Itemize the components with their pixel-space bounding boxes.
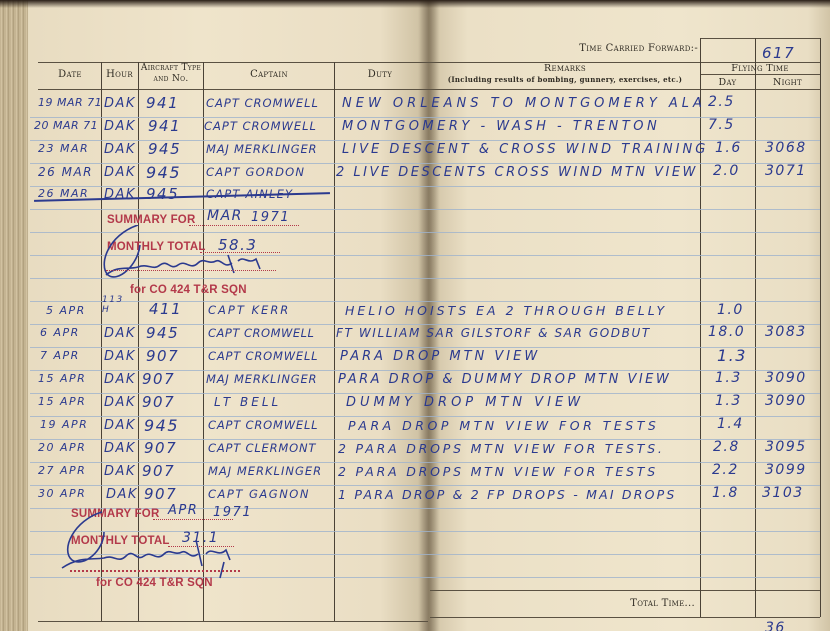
col-divider-captain-duty — [334, 62, 335, 621]
entry-night: 3095 — [765, 439, 807, 455]
entry-aircraft: 411 — [149, 300, 182, 318]
entry-aircraft: 907 — [142, 393, 175, 411]
time-carried-forward-value: 617 — [762, 44, 795, 62]
entry-aircraft: 907 — [144, 439, 177, 457]
logbook-spread: Time Carried Forward:- 617 Date Hour Air… — [0, 0, 830, 631]
entry-captain: CAPT CROMWELL — [206, 96, 319, 110]
table-bottom-line — [38, 621, 428, 622]
entry-captain: MAJ MERKLINGER — [206, 142, 317, 156]
entry-duty-remarks: 2 PARA DROPS MTN VIEW FOR TESTS — [338, 464, 658, 479]
entry-aircraft: 945 — [146, 185, 179, 203]
entry-day: 2.2 — [712, 462, 739, 478]
entry-hour: DAK — [104, 142, 136, 157]
entry-hour: 113 H — [102, 295, 122, 315]
entry-duty-remarks: FT WILLIAM SAR GILSTORF & SAR GODBUT — [336, 326, 651, 340]
entry-aircraft: 945 — [146, 324, 179, 342]
entry-night: 3099 — [765, 462, 807, 478]
col-header-flying-time: Flying Time — [700, 63, 820, 74]
entry-duty-remarks: HELIO HOISTS ea 2 THROUGH BELLY — [345, 303, 667, 318]
entry-duty-remarks: PARA DROP MTN VIEW FOR TESTS — [348, 418, 659, 433]
entry-date: 20 APR — [38, 441, 86, 454]
entry-date: 15 APR — [38, 395, 86, 408]
entry-hour: DAK — [104, 96, 136, 111]
entry-date: 5 APR — [46, 304, 86, 317]
entry-captain: CAPT CROMWELL — [204, 119, 317, 133]
ruled-line — [30, 209, 820, 210]
col-right-edge — [820, 38, 821, 617]
entry-aircraft: 945 — [146, 163, 181, 182]
entry-captain: CAPT CROMWELL — [208, 349, 318, 363]
col-header-hour: Hour — [101, 69, 138, 80]
entry-captain: MAJ MERKLINGER — [208, 464, 322, 478]
entry-hour: DAK — [104, 349, 136, 364]
time-carried-forward-label: Time Carried Forward:- — [548, 43, 698, 54]
signed-for: for CO 424 T&R SQN — [130, 284, 247, 296]
entry-aircraft: 941 — [146, 94, 179, 112]
entry-date: 26 MAR — [38, 165, 93, 179]
summary-year: 1971 — [251, 210, 290, 225]
entry-day: 2.5 — [708, 94, 735, 110]
entry-duty-remarks: NEW ORLEANS TO MONTGOMERY ALA — [342, 96, 706, 111]
entry-night: 3090 — [765, 393, 807, 409]
entry-captain: LT BELL — [214, 395, 281, 409]
entry-captain: CAPT GAGNON — [208, 487, 310, 501]
entry-aircraft: 907 — [142, 370, 175, 388]
entry-hour: DAK — [104, 464, 136, 479]
entry-date: 15 APR — [38, 372, 86, 385]
col-header-date: Date — [40, 69, 100, 80]
entry-captain: CAPT CROMWELL — [208, 418, 318, 432]
entry-aircraft: 907 — [146, 347, 179, 365]
col-header-duty: Duty — [335, 69, 425, 80]
dotted-line — [70, 570, 240, 572]
entry-captain: CAPT CLERMONT — [208, 441, 316, 455]
entry-day: 2.0 — [713, 163, 740, 179]
entry-captain: CAPT GORDON — [206, 165, 305, 179]
entry-duty-remarks: DUMMY DROP MTN VIEW — [346, 395, 584, 410]
entry-hour: DAK — [104, 119, 136, 134]
header-bottom-line — [38, 89, 820, 90]
entry-duty-remarks: 2 PARA DROPS MTN VIEW FOR TESTS. — [338, 441, 665, 456]
col-header-day: Day — [700, 77, 755, 88]
entry-night: 3083 — [765, 324, 807, 340]
entry-aircraft: 945 — [148, 140, 181, 158]
entry-hour: DAK — [104, 326, 136, 341]
entry-day: 1.8 — [712, 485, 739, 501]
entry-duty-remarks: 2 LIVE DESCENTS CROSS WIND MTN VIEW — [336, 165, 698, 180]
entry-day: 1.0 — [717, 302, 744, 318]
dotted-line — [106, 270, 276, 271]
entry-duty-remarks: 1 PARA DROP & 2 FP DROPS - MAI DROPS — [338, 487, 677, 502]
entry-day: 1.4 — [717, 416, 744, 432]
entry-night: 3068 — [765, 140, 807, 156]
entry-hour: DAK — [104, 165, 136, 180]
entry-day: 1.3 — [715, 393, 742, 409]
entry-hour: DAK — [104, 372, 136, 387]
col-header-aircraft: Aircraft Type and No. — [140, 63, 202, 85]
entry-duty-remarks: PARA DROP MTN VIEW — [340, 349, 540, 364]
carried-forward-top-line — [700, 38, 820, 39]
signed-for: for CO 424 T&R SQN — [96, 577, 213, 589]
top-shadow — [0, 0, 830, 8]
entry-date: 30 APR — [38, 487, 86, 500]
entry-day: 1.6 — [715, 140, 742, 156]
entry-night: 3071 — [765, 163, 807, 179]
entry-duty-remarks: PARA DROP & DUMMY DROP MTN VIEW — [338, 372, 671, 387]
entry-day: 7.5 — [708, 117, 735, 133]
entry-aircraft: 945 — [144, 416, 179, 435]
total-time-bottom-line — [430, 617, 820, 618]
entry-captain: CAPT KERR — [208, 303, 290, 317]
col-header-remarks: Remarks — [440, 63, 690, 74]
entry-hour: DAK — [106, 487, 138, 502]
entry-date: 20 MAR 71 — [34, 119, 98, 132]
entry-captain: MAJ MERKLINGER — [206, 372, 317, 386]
entry-aircraft: 907 — [144, 485, 177, 503]
entry-aircraft: 941 — [148, 117, 181, 135]
flying-time-subheader-line — [700, 74, 820, 75]
entry-night: 3103 — [762, 485, 804, 501]
entry-day: 2.8 — [713, 439, 740, 455]
entry-day: 1.3 — [715, 370, 742, 386]
summary-month: MAR — [207, 208, 243, 224]
entry-day: 18.0 — [708, 324, 745, 340]
entry-hour: DAK — [104, 441, 136, 456]
signature — [98, 225, 298, 285]
entry-date: 7 APR — [40, 349, 80, 362]
entry-aircraft: 907 — [142, 462, 175, 480]
entry-duty-remarks: LIVE DESCENT & CROSS WIND TRAINING — [342, 142, 708, 157]
entry-hour: DAK — [104, 418, 136, 433]
page-number: 36 — [765, 620, 786, 631]
col-header-captain: Captain — [204, 69, 334, 80]
entry-date: 6 APR — [40, 326, 80, 339]
entry-date: 27 APR — [38, 464, 86, 477]
page-edges — [0, 0, 28, 631]
entry-date: 23 MAR — [38, 142, 89, 155]
entry-hour: DAK — [104, 395, 136, 410]
entry-date: 19 APR — [40, 418, 88, 431]
col-header-remarks-sub: (Including results of bombing, gunnery, … — [440, 75, 690, 84]
total-time-label: Total Time... — [560, 598, 695, 609]
entry-day: 1.3 — [717, 346, 747, 365]
total-time-top-line — [430, 590, 820, 591]
entry-duty-remarks: MONTGOMERY - WASH - TRENTON — [342, 119, 660, 134]
col-header-night: Night — [755, 77, 820, 88]
entry-night: 3090 — [765, 370, 807, 386]
entry-date: 19 MAR 71 — [38, 96, 102, 109]
entry-captain: CAPT CROMWELL — [208, 326, 314, 340]
